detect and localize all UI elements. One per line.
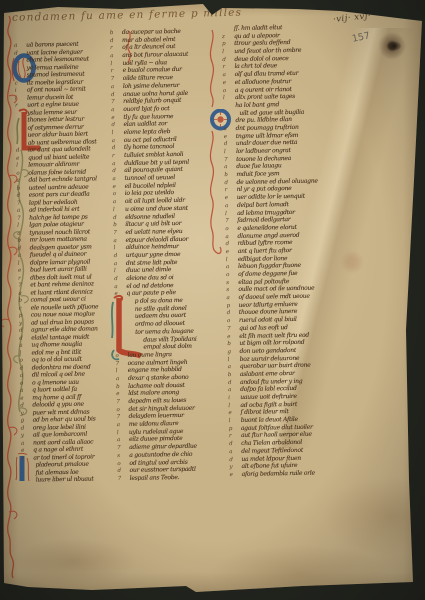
line-text: reldbje fulurb onquit <box>123 97 181 105</box>
index-letter: c <box>15 80 27 86</box>
line-text: p dol su dona me <box>135 297 183 305</box>
line-text: ttrour geslu deffend <box>234 39 290 47</box>
index-letter: 7 <box>117 414 129 420</box>
line-text: ail pouraquile quiant <box>124 166 182 174</box>
index-letter: d <box>224 141 236 147</box>
index-letter: s <box>226 287 238 293</box>
line-text: e qaleneildone elorut <box>237 224 296 232</box>
index-letter: r <box>222 64 234 70</box>
line-text: duoe fue lauagu <box>236 163 281 171</box>
line-text: mduit foce ysm <box>236 170 279 178</box>
index-letter: d <box>117 468 129 474</box>
line-text: ant q luert ftu aftor <box>238 247 292 255</box>
index-letter: b <box>18 298 30 304</box>
index-letter: d <box>110 38 122 44</box>
index-letter: 7 <box>17 200 29 206</box>
index-letter: a <box>14 43 26 49</box>
text-column-1: auā barons puecentduant lacine denguerch… <box>14 40 126 484</box>
index-letter: e <box>111 114 123 120</box>
line-text: q aur paute p elie <box>126 289 175 297</box>
line-text: ruerul odoit qul biuil <box>239 316 297 324</box>
line-text: tulluiet smblat kanoli <box>124 151 183 159</box>
line-text: iltacur q uid bilt uor <box>125 220 181 228</box>
index-letter: l <box>114 268 126 274</box>
line-text: a q ourent oir rlanot <box>235 85 292 93</box>
line-text: tunnoel oil ueuuel <box>124 174 175 182</box>
index-letter: 7 <box>111 76 123 82</box>
line-text: aleione dau sd oi <box>126 274 173 282</box>
index-letter: e <box>223 80 235 86</box>
index-letter: a <box>17 208 29 214</box>
index-letter: o <box>117 460 129 466</box>
index-letter: l <box>110 61 122 67</box>
line-text: lau oume lingra <box>127 351 171 359</box>
line-text: fadrnoil dedlgartar <box>237 216 290 224</box>
index-letter: e <box>21 448 33 454</box>
line-text: nl yr q put odagone <box>237 185 292 193</box>
line-text: ha lol bant gmd <box>235 101 279 109</box>
index-letter: y <box>229 464 241 470</box>
index-letter: d <box>19 328 31 334</box>
line-text: luure liber ul nbuaut <box>36 475 94 483</box>
index-letter: 7 <box>111 99 123 105</box>
index-letter: b <box>227 341 239 347</box>
line-text: dre pu. lildblne dlan <box>235 116 291 124</box>
index-letter: d <box>114 253 126 259</box>
index-letter: o <box>227 318 239 324</box>
index-letter: a <box>114 261 126 267</box>
line-text: altx pront ualte tages <box>235 93 295 101</box>
line-text: da aucepar ua bache <box>122 28 181 36</box>
index-letter: i <box>15 88 27 94</box>
index-letter: y <box>19 320 31 326</box>
index-letter: d <box>224 180 236 186</box>
index-letter: 7 <box>225 218 237 224</box>
index-letter: e <box>228 410 240 416</box>
index-letter: e <box>227 333 239 339</box>
index-letter: p <box>229 426 241 432</box>
index-letter: i <box>228 395 240 401</box>
index-letter: l <box>17 223 29 229</box>
index-letter: e <box>18 268 30 274</box>
line-text: touone la dechanea <box>236 155 291 163</box>
text-block: auā barons puecentduant lacine denguerch… <box>0 0 425 600</box>
index-letter: d <box>113 214 125 220</box>
index-letter: l <box>228 403 240 409</box>
index-letter: 7 <box>118 476 130 482</box>
index-letter: d <box>20 365 32 371</box>
index-letter: g <box>227 349 239 355</box>
index-letter: d <box>222 57 234 63</box>
line-text: daus villt Tpolidani <box>143 335 196 343</box>
index-letter: b <box>17 185 29 191</box>
line-text: empal slout dolm <box>143 343 191 351</box>
index-letter: r <box>21 455 33 461</box>
line-text: urtquur ygne dmoe <box>126 251 181 259</box>
index-letter: a <box>225 233 237 239</box>
index-letter: o <box>223 87 235 93</box>
line-text: f dibrot ldeur mlt <box>240 408 288 416</box>
index-letter: a <box>110 53 122 59</box>
line-text: rdibud lyftre rcome <box>238 239 293 247</box>
index-letter: l <box>15 95 27 101</box>
index-letter: a <box>16 178 28 184</box>
index-letter: d <box>20 403 32 409</box>
index-letter: l <box>117 430 129 436</box>
line-text: don ueto gandadont <box>239 347 296 355</box>
line-text: uoil rylla ~ alua <box>122 59 167 67</box>
index-letter: d <box>227 310 239 316</box>
index-letter: e <box>225 195 237 201</box>
index-letter: d <box>114 276 126 282</box>
line-text: buont la deuot Aftile <box>241 416 298 424</box>
index-letter: d <box>229 456 241 462</box>
index-letter: d <box>16 148 28 154</box>
line-text: ueor tdlurtg emluere <box>239 301 298 309</box>
index-letter: d <box>228 380 240 386</box>
index-letter: a <box>229 449 241 455</box>
line-text: aforig bedambla ruile orle <box>242 469 315 477</box>
index-letter: a <box>226 264 238 270</box>
index-letter: a <box>117 437 129 443</box>
index-letter: l <box>18 260 30 266</box>
line-text: uauue uoit deftruire <box>240 393 297 401</box>
index-letter: l <box>114 245 126 251</box>
index-letter: 7 <box>116 399 128 405</box>
index-letter: l <box>222 49 234 55</box>
index-letter: l <box>16 163 28 169</box>
index-letter: e <box>20 395 32 401</box>
line-text: mar ab abatel elmt <box>122 36 175 44</box>
index-letter: a <box>225 203 237 209</box>
line-text: ne stlle quilt donel <box>135 305 187 313</box>
index-letter: l <box>228 356 240 362</box>
index-letter: r <box>229 433 241 439</box>
index-letter: b <box>228 372 240 378</box>
line-text: ed uelatt nane elyeu <box>125 228 182 236</box>
line-text: deue dolol ol ouece <box>234 55 288 63</box>
index-letter: z <box>222 34 234 40</box>
index-letter: 7 <box>224 157 236 163</box>
line-text: tly home tancnool <box>124 143 174 151</box>
index-letter: b <box>113 222 125 228</box>
line-text: me uldonu dlaure <box>129 420 179 428</box>
index-letter: e <box>114 291 126 297</box>
index-letter: a <box>18 253 30 259</box>
line-text: tly fu que luuorne <box>123 113 173 121</box>
index-letter: d <box>229 441 241 447</box>
index-letter: a <box>111 84 123 90</box>
line-text: edlbigat dor lione <box>238 255 288 263</box>
line-text: duuc unel dimle <box>126 266 171 274</box>
line-text: qu ad u alepooir <box>234 32 280 40</box>
index-letter: l <box>19 350 31 356</box>
line-text: oilde tilture recue <box>123 74 173 82</box>
index-letter: a <box>112 161 124 167</box>
index-letter: o <box>113 191 125 197</box>
index-letter: e <box>116 391 128 397</box>
manuscript-line: luure liber ul nbuaut <box>22 475 126 484</box>
manuscript-line: eaforig bedambla ruile orle <box>230 469 348 479</box>
line-text: eldsonne ndudleil <box>125 213 175 221</box>
line-text: et alloduone foutrur <box>235 78 291 86</box>
index-letter: 7 <box>227 326 239 332</box>
index-letter: g <box>21 418 33 424</box>
index-letter: a <box>18 290 30 296</box>
line-text: lor ladbuear ongrat <box>236 147 291 155</box>
index-letter: l <box>223 95 235 101</box>
line-text: of dome deggane fue <box>238 270 297 278</box>
index-letter: 7 <box>17 215 29 221</box>
line-text: eilz duuee pimdote <box>129 435 183 443</box>
index-letter: d <box>111 122 123 128</box>
index-letter: d <box>17 193 29 199</box>
index-letter: 7 <box>117 445 129 451</box>
line-text: elan ualdlat zor <box>123 120 167 128</box>
line-text: loh ysime delunerur <box>123 82 179 90</box>
line-text: thouoe doune lunere <box>239 308 297 316</box>
line-text: uylu rudelauil ague <box>129 428 183 436</box>
index-letter: d <box>19 335 31 341</box>
index-letter: a <box>112 138 124 144</box>
index-letter: d <box>21 425 33 431</box>
index-letter: r <box>111 68 123 74</box>
line-text: eltaa pal poltoufte <box>238 278 289 286</box>
index-letter: y <box>20 410 32 416</box>
index-letter: a <box>224 164 236 170</box>
index-letter: l <box>225 210 237 216</box>
index-letter: a <box>19 343 31 349</box>
line-text: depedm eilt su loues <box>128 397 186 405</box>
line-text: tor uema du lougane <box>135 328 194 336</box>
index-letter: a <box>111 107 123 113</box>
index-letter: r <box>112 153 124 159</box>
manuscript-line: 7lespail ans Teobe. <box>118 473 234 483</box>
index-letter: p <box>227 303 239 309</box>
line-text: engane me habblid <box>128 366 182 374</box>
index-letter: o <box>116 407 128 413</box>
index-letter: a <box>20 388 32 394</box>
index-letter: r <box>225 187 237 193</box>
index-letter: o <box>20 358 32 364</box>
index-letter: 7 <box>18 283 30 289</box>
index-letter: b <box>224 172 236 178</box>
line-text: eil bucoilel ndpleil <box>124 182 175 190</box>
line-text: ad ocba figilt a buirt <box>240 401 297 409</box>
index-letter: a <box>226 295 238 301</box>
line-text: delpal bart lomadt <box>237 201 289 209</box>
index-letter: y <box>21 433 33 439</box>
index-letter: l <box>224 149 236 155</box>
index-letter: e <box>226 249 238 255</box>
index-letter: d <box>112 168 124 174</box>
index-letter: e <box>224 134 236 140</box>
index-letter: l <box>229 418 241 424</box>
index-letter: o <box>16 170 28 176</box>
index-letter: a <box>116 376 128 382</box>
index-letter: c <box>19 305 31 311</box>
index-letter: l <box>116 368 128 374</box>
index-letter: o <box>226 272 238 278</box>
index-letter: o <box>20 380 32 386</box>
index-letter: b <box>116 383 128 389</box>
index-letter: a <box>113 199 125 205</box>
line-text: alduince heindmur <box>126 243 179 251</box>
line-text: dnt stme lidt polte <box>126 259 177 267</box>
line-text: delaydem leuermur <box>129 412 184 420</box>
parchment-page: condamen fu ame en ferme p milles ·vij· … <box>0 0 425 600</box>
index-letter: a <box>228 387 240 393</box>
line-text: alt efbone fut ufuire <box>241 462 297 470</box>
index-letter: a <box>114 284 126 290</box>
index-letter: r <box>110 45 122 51</box>
line-text: lespail ans Teobe. <box>130 474 180 482</box>
index-letter: e <box>230 472 242 478</box>
line-text: lachame oalt douast <box>128 382 185 390</box>
index-letter: o <box>225 226 237 232</box>
index-letter: p <box>19 313 31 319</box>
line-text: dofpo fa labl eccilud <box>240 385 297 393</box>
index-letter: s <box>117 453 129 459</box>
line-text: fut alemaus loe <box>35 468 78 476</box>
index-letter: p <box>222 41 234 47</box>
index-letter: d <box>14 50 26 56</box>
text-column-2: bda aucepar ua bachedmar ab abatel elmtr… <box>110 27 234 483</box>
line-text: uedaem dsu ouort <box>135 312 186 320</box>
index-letter: b <box>17 238 29 244</box>
line-text: ouord bjat fo oct <box>123 105 169 113</box>
index-letter: 7 <box>116 360 128 366</box>
line-text: elome lepta dieb <box>124 128 171 136</box>
index-letter: l <box>112 130 124 136</box>
line-text: el od nd detdone <box>126 282 173 290</box>
index-letter: a <box>21 440 33 446</box>
index-letter: 7 <box>113 230 125 236</box>
line-text: ou oct pal odluctril <box>124 136 177 144</box>
line-text: ldst malore anong <box>128 389 179 397</box>
text-column-3: ſſ. hm aladit eltutzqu ad u alepooirpttr… <box>222 23 348 479</box>
index-letter: o <box>115 353 127 359</box>
line-text: la chrt tol deue <box>234 63 277 71</box>
index-letter: a <box>228 364 240 370</box>
line-text: ordmo ad dloouet <box>135 320 185 328</box>
line-text: od tingtul uod arcbis <box>129 458 187 466</box>
index-letter: e <box>16 155 28 161</box>
index-letter: a <box>112 176 124 182</box>
index-letter: a <box>224 126 236 132</box>
line-text: oit oil lupit leolld uldr <box>125 197 185 205</box>
index-letter: l <box>113 207 125 213</box>
index-letter: l <box>226 257 238 263</box>
photo-stage: condamen fu ame en ferme p milles ·vij· … <box>0 0 425 600</box>
line-text: ſſ. hm aladit eltut <box>234 24 282 32</box>
index-letter: d <box>226 241 238 247</box>
line-text: of a ltr deuncel out <box>122 43 175 51</box>
index-letter: r <box>18 275 30 281</box>
index-letter: a <box>17 230 29 236</box>
index-letter: b <box>110 30 122 36</box>
index-letter: s <box>226 280 238 286</box>
line-text: aslabant eme obrar <box>240 370 295 378</box>
index-letter: d <box>111 91 123 97</box>
index-letter: a <box>223 72 235 78</box>
index-letter: d <box>112 145 124 151</box>
index-letter: a <box>113 237 125 243</box>
line-text: io leia poz uteildo <box>125 189 174 197</box>
index-letter: a <box>20 373 32 379</box>
index-letter: e <box>113 184 125 190</box>
index-letter: a <box>117 422 129 428</box>
line-text: ad lebma tmuggdtor <box>237 208 295 216</box>
index-letter: d <box>18 245 30 251</box>
index-letter: r <box>15 103 27 109</box>
line-text: e bualol comalue dur <box>122 66 181 74</box>
line-text: qui od lus eoft ud <box>239 324 288 332</box>
